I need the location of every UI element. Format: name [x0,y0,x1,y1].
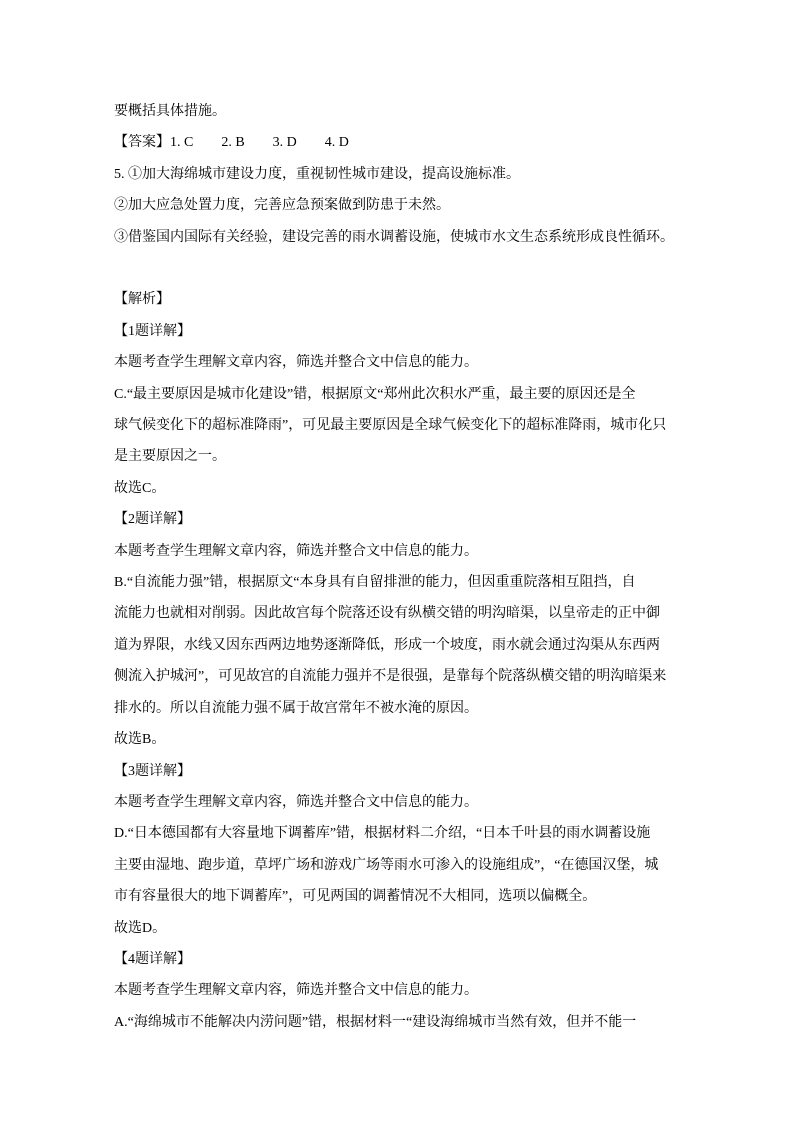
line-q5-point-2: ②加大应急处置力度，完善应急预案做到防患于未然。 [114,190,694,221]
document-text-column: 要概括具体措施。【答案】1. C 2. B 3. D 4. D5. ①加大海绵城… [114,96,694,1038]
document-page: 要概括具体措施。【答案】1. C 2. B 3. D 4. D5. ①加大海绵城… [0,0,794,1123]
line-q3-detail-header: 【3题详解】 [114,756,694,787]
line-q2-body-4: 侧流入护城河”，可见故宫的自流能力强并不是很强，是靠每个院落纵横交错的明沟暗渠来 [114,661,694,692]
line-q2-body-5: 排水的。所以自流能力强不属于故宫常年不被水淹的原因。 [114,693,694,724]
line-measures-tail: 要概括具体措施。 [114,96,694,127]
line-analysis-header: 【解析】 [114,284,694,315]
line-q5-point-3: ③借鉴国内国际有关经验，建设完善的雨水调蓄设施，使城市水文生态系统形成良性循环。 [114,222,694,253]
line-q5-point-1: 5. ①加大海绵城市建设力度，重视韧性城市建设，提高设施标准。 [114,159,694,190]
line-q2-body-2: 流能力也就相对削弱。因此故宫每个院落还设有纵横交错的明沟暗渠，以皇帝走的正中御 [114,598,694,629]
line-q1-conclusion: 故选C。 [114,473,694,504]
line-q3-ability: 本题考查学生理解文章内容，筛选并整合文中信息的能力。 [114,787,694,818]
line-q1-ability: 本题考查学生理解文章内容，筛选并整合文中信息的能力。 [114,347,694,378]
line-q2-detail-header: 【2题详解】 [114,504,694,535]
line-q2-body-3: 道为界限，水线又因东西两边地势逐渐降低，形成一个坡度，雨水就会通过沟渠从东西两 [114,630,694,661]
line-q3-body-3: 市有容量很大的地下调蓄库”，可见两国的调蓄情况不大相同，选项以偏概全。 [114,881,694,912]
line-q2-ability: 本题考查学生理解文章内容，筛选并整合文中信息的能力。 [114,536,694,567]
line-q1-body-2: 球气候变化下的超标准降雨”，可见最主要原因是全球气候变化下的超标准降雨，城市化只 [114,410,694,441]
line-q4-ability: 本题考查学生理解文章内容，筛选并整合文中信息的能力。 [114,975,694,1006]
line-q3-conclusion: 故选D。 [114,913,694,944]
line-q2-body-1: B.“自流能力强”错，根据原文“本身具有自留排泄的能力，但因重重院落相互阻挡，自 [114,567,694,598]
line-answer-key: 【答案】1. C 2. B 3. D 4. D [114,127,694,158]
line-q3-body-1: D.“日本德国都有大容量地下调蓄库”错，根据材料二介绍，“日本千叶县的雨水调蓄设… [114,818,694,849]
line-q4-body-1: A.“海绵城市不能解决内涝问题”错，根据材料一“建设海绵城市当然有效，但并不能一 [114,1007,694,1038]
line-q4-detail-header: 【4题详解】 [114,944,694,975]
line-q1-detail-header: 【1题详解】 [114,316,694,347]
line-q1-body-1: C.“最主要原因是城市化建设”错，根据原文“郑州此次积水严重，最主要的原因还是全 [114,379,694,410]
line-q2-conclusion: 故选B。 [114,724,694,755]
line-spacer [114,253,694,284]
line-q3-body-2: 主要由湿地、跑步道，草坪广场和游戏广场等雨水可渗入的设施组成”，“在德国汉堡，城 [114,850,694,881]
line-q1-body-3: 是主要原因之一。 [114,441,694,472]
